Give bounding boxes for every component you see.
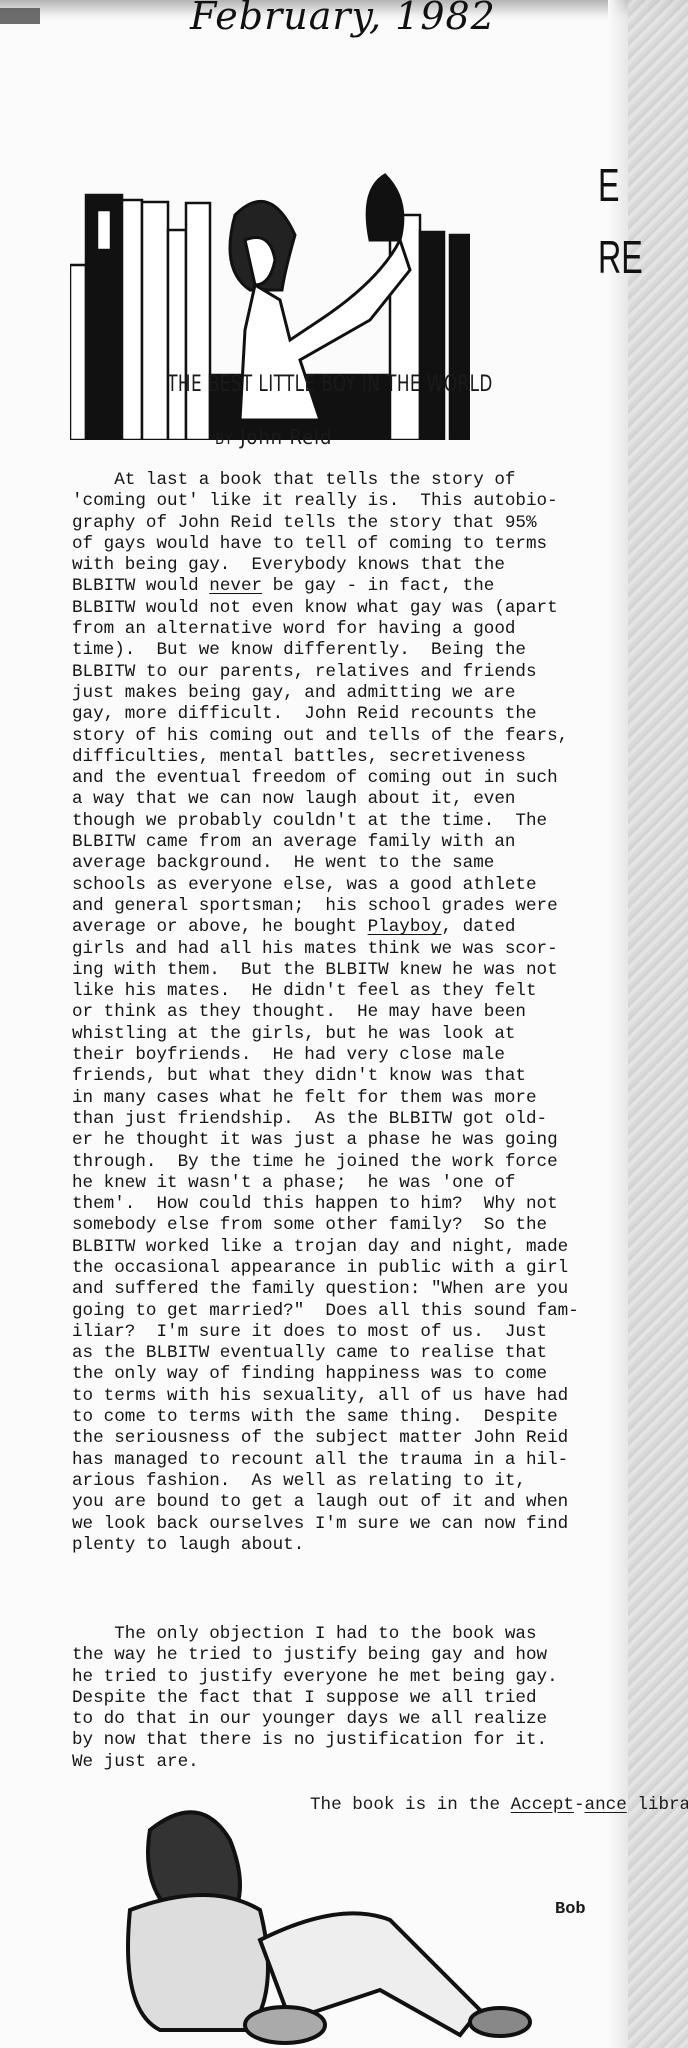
- paragraph-1-line: through. By the time he joined the work …: [72, 1152, 672, 1173]
- paragraph-1-line: of gays would have to tell of coming to …: [72, 534, 672, 555]
- paragraph-2-line: Despite the fact that I suppose we all t…: [72, 1688, 672, 1709]
- paragraph-1-line: the only way of finding happiness was to…: [72, 1364, 672, 1385]
- paragraph-1-line: arious fashion. As well as relating to i…: [72, 1471, 672, 1492]
- paragraph-1-line: difficulties, mental battles, secretiven…: [72, 747, 672, 768]
- paragraph-1-line: BLBITW would never be gay - in fact, the: [72, 576, 672, 597]
- paragraph-2-line: to do that in our younger days we all re…: [72, 1709, 672, 1730]
- paragraph-1-line: er he thought it was just a phase he was…: [72, 1130, 672, 1151]
- author-signature: Bob: [555, 1900, 586, 1919]
- paragraph-1-line: whistling at the girls, but he was look …: [72, 1024, 672, 1045]
- paragraph-1-line: and the eventual freedom of coming out i…: [72, 768, 672, 789]
- paragraph-1-line: and suffered the family question: "When …: [72, 1279, 672, 1300]
- paragraph-1-line: average background. He went to the same: [72, 853, 672, 874]
- paragraph-1-line: with being gay. Everybody knows that the: [72, 555, 672, 576]
- paragraph-1-line: schools as everyone else, was a good ath…: [72, 875, 672, 896]
- paragraph-1-line: girls and had all his mates think we was…: [72, 939, 672, 960]
- closing-note-line: The book is in the Accept-: [310, 1795, 585, 1815]
- paragraph-1-line: their boyfriends. He had very close male: [72, 1045, 672, 1066]
- paragraph-1-line: BLBITW worked like a trojan day and nigh…: [72, 1237, 672, 1258]
- closing-note: The book is in the Accept-ance library. …: [310, 1795, 688, 1816]
- paragraph-2-line: the way he tried to justify being gay an…: [72, 1645, 672, 1666]
- paragraph-1-line: we look back ourselves I'm sure we can n…: [72, 1514, 672, 1535]
- paragraph-1-line: in many cases what he felt for them was …: [72, 1088, 672, 1109]
- paragraph-1-line: a way that we can now laugh about it, ev…: [72, 789, 672, 810]
- paragraph-1-line: BLBITW would not even know what gay was …: [72, 598, 672, 619]
- paragraph-2-line: he tried to justify everyone he met bein…: [72, 1667, 672, 1688]
- paragraph-1-line: to come to terms with the same thing. De…: [72, 1407, 672, 1428]
- paragraph-2-line: We just are.: [72, 1752, 672, 1773]
- paragraph-1-line: just makes being gay, and admitting we a…: [72, 683, 672, 704]
- author-name: John Reid: [240, 425, 332, 449]
- paragraph-1-line: he knew it wasn't a phase; he was 'one o…: [72, 1173, 672, 1194]
- paragraph-1-line: like his mates. He didn't feel as they f…: [72, 981, 672, 1002]
- paragraph-1-line: than just friendship. As the BLBITW got …: [72, 1109, 672, 1130]
- photocopy-dark-corner: [0, 8, 40, 24]
- paragraph-1-line: going to get married?" Does all this sou…: [72, 1301, 672, 1322]
- paragraph-1-line: has managed to recount all the trauma in…: [72, 1450, 672, 1471]
- article-paragraph-1: At last a book that tells the story of'c…: [72, 470, 672, 1556]
- closing-note-line: ance library. Make sure you: [585, 1795, 688, 1815]
- paragraph-1-line: time). But we know differently. Being th…: [72, 640, 672, 661]
- paragraph-1-line: and general sportsman; his school grades…: [72, 896, 672, 917]
- article-byline: BY John Reid: [215, 425, 332, 449]
- paragraph-1-line: them'. How could this happen to him? Why…: [72, 1194, 672, 1215]
- paragraph-1-line: gay, more difficult. John Reid recounts …: [72, 704, 672, 725]
- paragraph-1-line: from an alternative word for having a go…: [72, 619, 672, 640]
- paragraph-2-line: by now that there is no justification fo…: [72, 1730, 672, 1751]
- article-title: THE BEST LITTLE BOY IN THE WORLD: [50, 372, 611, 397]
- paragraph-1-line: the seriousness of the subject matter Jo…: [72, 1428, 672, 1449]
- paragraph-1-line: you are bound to get a laugh out of it a…: [72, 1492, 672, 1513]
- paragraph-1-line: average or above, he bought Playboy, dat…: [72, 917, 672, 938]
- handwritten-date: February, 1982: [190, 0, 496, 38]
- paragraph-1-line: ing with them. But the BLBITW knew he wa…: [72, 960, 672, 981]
- paragraph-1-line: iliar? I'm sure it does to most of us. J…: [72, 1322, 672, 1343]
- paragraph-1-line: the occasional appearance in public with…: [72, 1258, 672, 1279]
- paragraph-1-line: plenty to laugh about.: [72, 1535, 672, 1556]
- paragraph-1-line: to terms with his sexuality, all of us h…: [72, 1386, 672, 1407]
- person-sitting-hugging-knee-icon: [60, 1790, 560, 2048]
- side-heading-fragment-1: E: [598, 158, 619, 212]
- paragraph-1-line: BLBITW to our parents, relatives and fri…: [72, 662, 672, 683]
- paragraph-2-line: The only objection I had to the book was: [72, 1624, 672, 1645]
- paragraph-1-line: as the BLBITW eventually came to realise…: [72, 1343, 672, 1364]
- paragraph-1-line: 'coming out' like it really is. This aut…: [72, 491, 672, 512]
- paragraph-1-line: BLBITW came from an average family with …: [72, 832, 672, 853]
- paragraph-1-line: graphy of John Reid tells the story that…: [72, 513, 672, 534]
- paragraph-1-line: At last a book that tells the story of: [72, 470, 672, 491]
- paragraph-1-line: somebody else from some other family? So…: [72, 1215, 672, 1236]
- paragraph-1-line: friends, but what they didn't know was t…: [72, 1066, 672, 1087]
- side-heading-fragment-2: RE: [598, 230, 643, 284]
- paragraph-1-line: or think as they thought. He may have be…: [72, 1002, 672, 1023]
- byline-prefix: BY: [215, 430, 234, 448]
- paragraph-1-line: though we probably couldn't at the time.…: [72, 811, 672, 832]
- paragraph-1-line: story of his coming out and tells of the…: [72, 726, 672, 747]
- article-paragraph-2: The only objection I had to the book was…: [72, 1624, 672, 1773]
